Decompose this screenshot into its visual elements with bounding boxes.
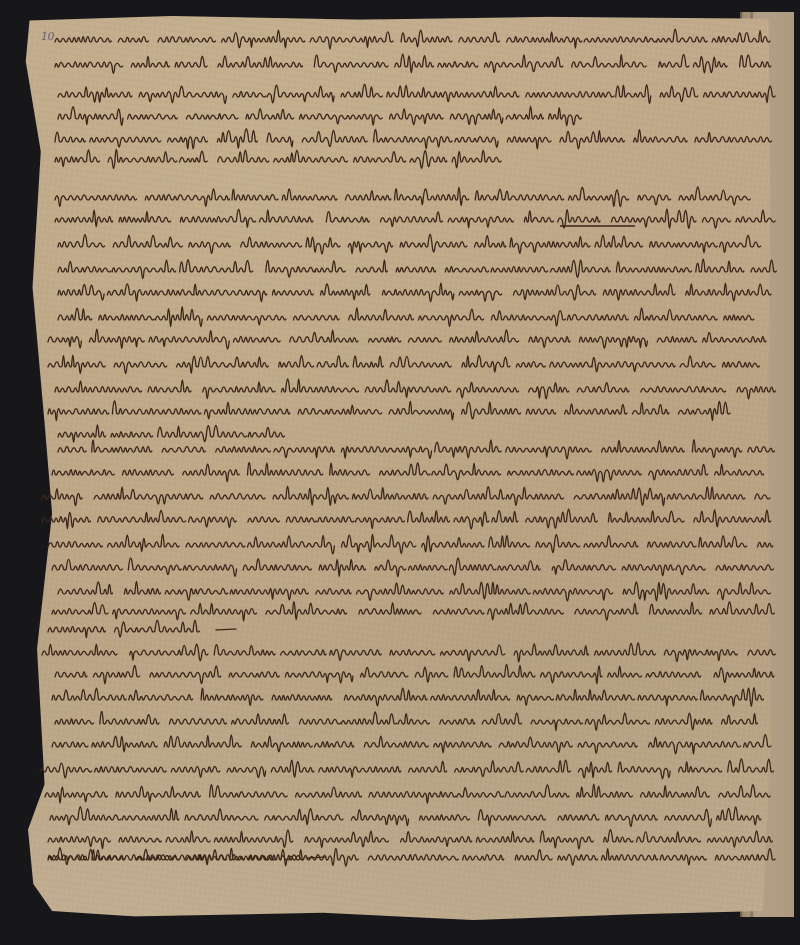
manuscript-page — [22, 16, 774, 920]
page-number: 10 — [41, 30, 54, 43]
scan-frame: 10 — [0, 0, 800, 945]
